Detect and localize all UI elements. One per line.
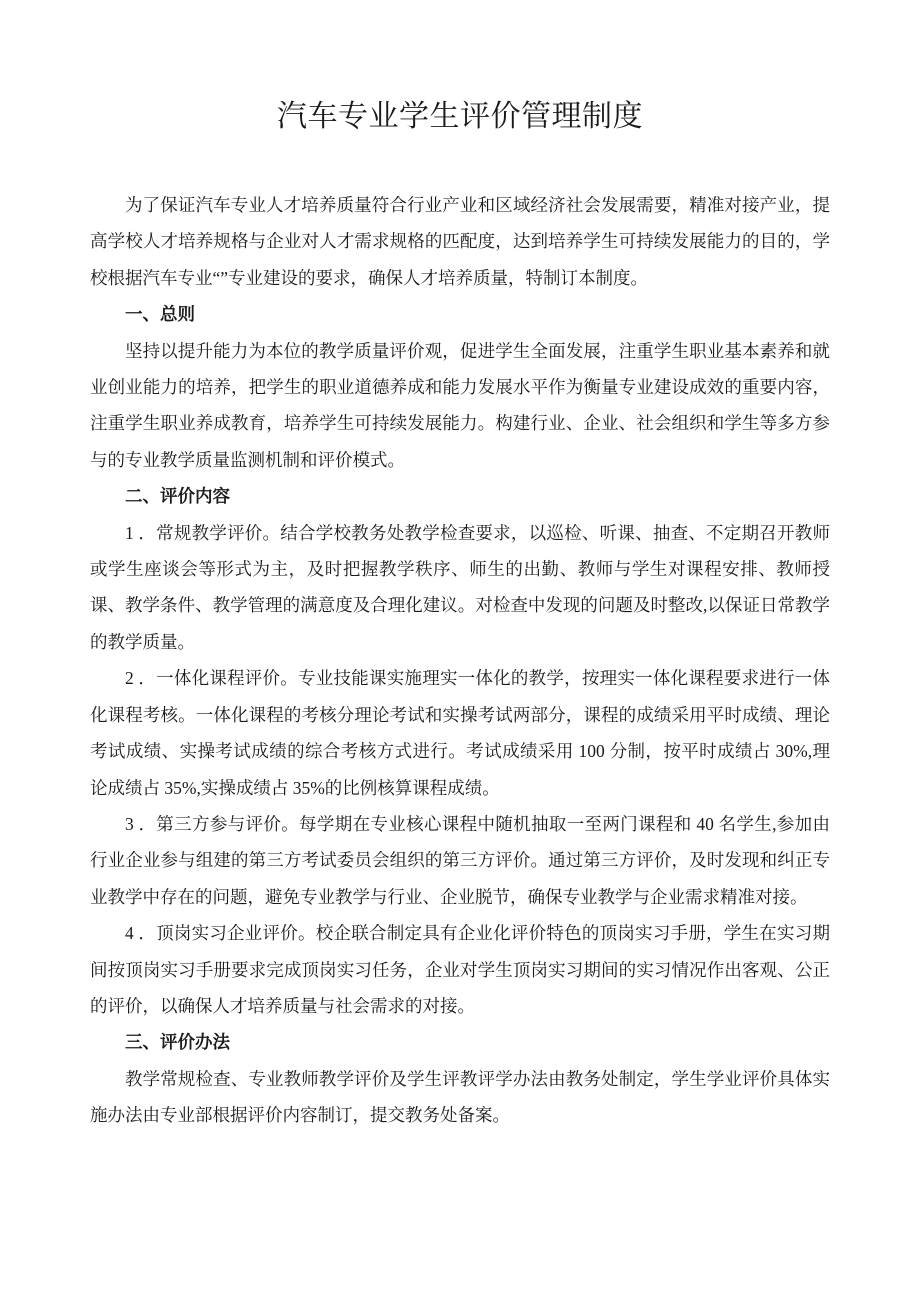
section-1-heading: 一、总则 <box>90 296 830 332</box>
section-2-item-2: 2 ．一体化课程评价。专业技能课实施理实一体化的教学，按理实一体化课程要求进行一… <box>90 660 830 806</box>
section-3-heading: 三、评价办法 <box>90 1024 830 1060</box>
section-1-paragraph: 坚持以提升能力为本位的教学质量评价观，促进学生全面发展，注重学生职业基本素养和就… <box>90 333 830 479</box>
section-3-paragraph: 教学常规检查、专业教师教学评价及学生评教评学办法由教务处制定，学生学业评价具体实… <box>90 1061 830 1134</box>
document-title: 汽车专业学生评价管理制度 <box>90 95 830 139</box>
document-page: 汽车专业学生评价管理制度 为了保证汽车专业人才培养质量符合行业产业和区域经济社会… <box>0 0 920 1301</box>
section-2-item-4: 4 ．顶岗实习企业评价。校企联合制定具有企业化评价特色的顶岗实习手册，学生在实习… <box>90 915 830 1024</box>
document-body: 为了保证汽车专业人才培养质量符合行业产业和区域经济社会发展需要，精准对接产业，提… <box>90 187 830 1134</box>
section-2-item-3: 3 ．第三方参与评价。每学期在专业核心课程中随机抽取一至两门课程和 40 名学生… <box>90 806 830 915</box>
section-2-heading: 二、评价内容 <box>90 478 830 514</box>
intro-paragraph: 为了保证汽车专业人才培养质量符合行业产业和区域经济社会发展需要，精准对接产业，提… <box>90 187 830 296</box>
section-2-item-1: 1 ．常规教学评价。结合学校教务处教学检查要求，以巡检、听课、抽查、不定期召开教… <box>90 515 830 661</box>
